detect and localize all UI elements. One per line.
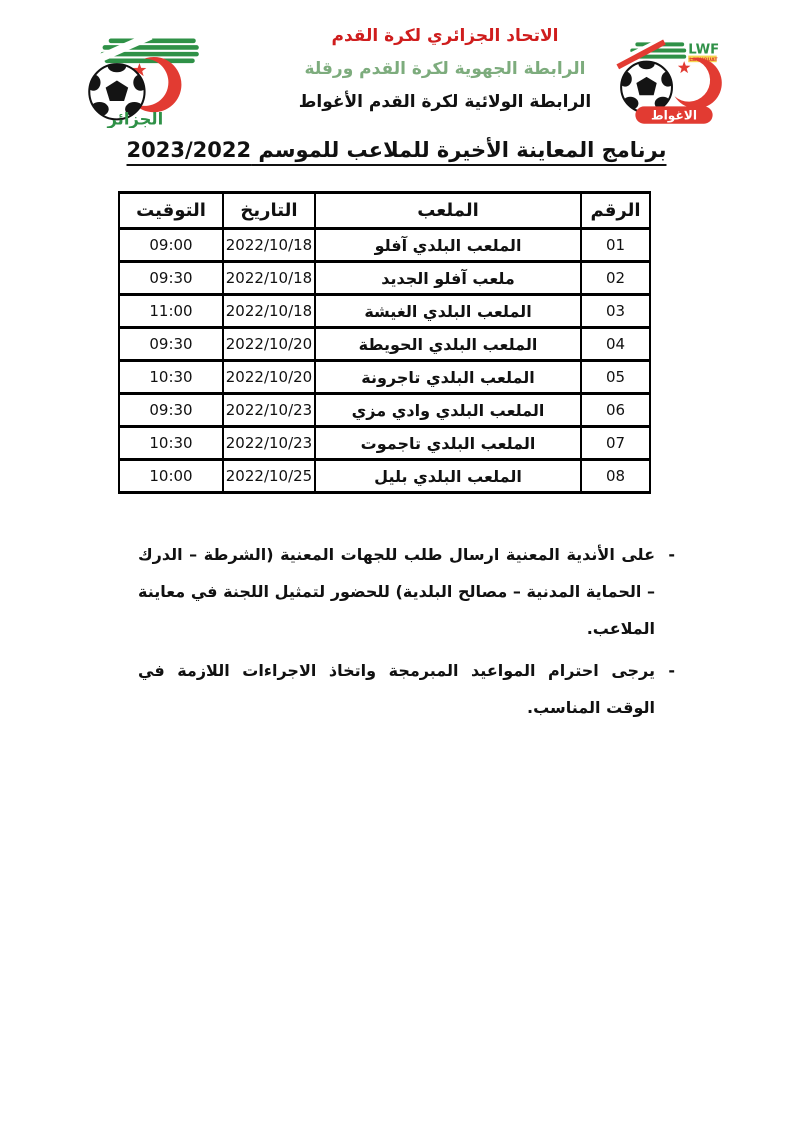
wilaya-league-line: الرابطة الولائية لكرة القدم الأغواط [228, 92, 662, 112]
stadium-cell: ملعب آفلو الجديد [315, 262, 581, 295]
date-cell: 2022/10/18 [223, 229, 315, 262]
date-cell: 2022/10/23 [223, 427, 315, 460]
time-cell: 09:30 [119, 262, 223, 295]
note-text: يرجى احترام المواعيد المبرمجة واتخاذ الا… [138, 652, 655, 726]
stadium-cell: الملعب البلدي الحويطة [315, 328, 581, 361]
stadium-cell: الملعب البلدي الغيشة [315, 295, 581, 328]
row-number-cell: 07 [581, 427, 650, 460]
table-row: 06 الملعب البلدي وادي مزي 2022/10/23 09:… [119, 394, 650, 427]
date-cell: 2022/10/18 [223, 295, 315, 328]
faf-algeria-logo: الجزائر [78, 33, 206, 128]
time-cell: 09:30 [119, 328, 223, 361]
note-item: - يرجى احترام المواعيد المبرمجة واتخاذ ا… [138, 652, 675, 726]
row-number-cell: 01 [581, 229, 650, 262]
time-cell: 10:30 [119, 361, 223, 394]
stadium-cell: الملعب البلدي وادي مزي [315, 394, 581, 427]
lwf-logo-graphic: LWF LAGHOUAT الاغواط [613, 36, 735, 126]
header-date: التاريخ [223, 193, 315, 229]
lwf-acronym: LWF [688, 43, 719, 58]
document-page: الجزائر الاتحاد الجزائري لكرة القدم الرا… [0, 0, 793, 1122]
row-number-cell: 02 [581, 262, 650, 295]
time-cell: 11:00 [119, 295, 223, 328]
stadium-cell: الملعب البلدي تاجموت [315, 427, 581, 460]
inspection-table-wrap: الرقم الملعب التاريخ التوقيت 01 الملعب ا… [118, 191, 649, 494]
lwf-soccer-ball [619, 58, 675, 112]
table-row: 04 الملعب البلدي الحويطة 2022/10/20 09:3… [119, 328, 650, 361]
row-number-cell: 05 [581, 361, 650, 394]
date-cell: 2022/10/23 [223, 394, 315, 427]
time-cell: 10:30 [119, 427, 223, 460]
header-stadium: الملعب [315, 193, 581, 229]
page-title: برنامج المعاينة الأخيرة للملاعب للموسم 2… [0, 138, 793, 162]
table-row: 07 الملعب البلدي تاجموت 2022/10/23 10:30 [119, 427, 650, 460]
faf-logo-graphic: الجزائر [78, 33, 206, 128]
federation-line: الاتحاد الجزائري لكرة القدم [228, 26, 662, 46]
table-row: 05 الملعب البلدي تاجرونة 2022/10/20 10:3… [119, 361, 650, 394]
regional-league-line: الرابطة الجهوية لكرة القدم ورقلة [228, 59, 662, 79]
note-dash: - [655, 536, 675, 647]
date-cell: 2022/10/20 [223, 361, 315, 394]
row-number-cell: 06 [581, 394, 650, 427]
row-number-cell: 08 [581, 460, 650, 493]
date-cell: 2022/10/25 [223, 460, 315, 493]
header-number: الرقم [581, 193, 650, 229]
lwf-laghouat-logo: LWF LAGHOUAT الاغواط [613, 36, 735, 126]
note-dash: - [655, 652, 675, 726]
lwf-name-badge: الاغواط [635, 106, 712, 123]
organisation-header: الاتحاد الجزائري لكرة القدم الرابطة الجه… [228, 26, 662, 125]
inspection-table: الرقم الملعب التاريخ التوقيت 01 الملعب ا… [118, 191, 651, 494]
row-number-cell: 03 [581, 295, 650, 328]
row-number-cell: 04 [581, 328, 650, 361]
table-header-row: الرقم الملعب التاريخ التوقيت [119, 193, 650, 229]
time-cell: 09:00 [119, 229, 223, 262]
date-cell: 2022/10/20 [223, 328, 315, 361]
stadium-cell: الملعب البلدي آفلو [315, 229, 581, 262]
time-cell: 09:30 [119, 394, 223, 427]
date-cell: 2022/10/18 [223, 262, 315, 295]
lwf-caption: الاغواط [651, 109, 697, 123]
faf-caption: الجزائر [106, 110, 163, 128]
stadium-cell: الملعب البلدي تاجرونة [315, 361, 581, 394]
note-text: على الأندية المعنية ارسال طلب للجهات الم… [138, 536, 655, 647]
table-row: 03 الملعب البلدي الغيشة 2022/10/18 11:00 [119, 295, 650, 328]
time-cell: 10:00 [119, 460, 223, 493]
notes-list: - على الأندية المعنية ارسال طلب للجهات ا… [138, 536, 675, 731]
inspection-table-body: 01 الملعب البلدي آفلو 2022/10/18 09:00 0… [119, 229, 650, 493]
header-time: التوقيت [119, 193, 223, 229]
table-row: 01 الملعب البلدي آفلو 2022/10/18 09:00 [119, 229, 650, 262]
table-row: 02 ملعب آفلو الجديد 2022/10/18 09:30 [119, 262, 650, 295]
table-row: 08 الملعب البلدي بليل 2022/10/25 10:00 [119, 460, 650, 493]
stadium-cell: الملعب البلدي بليل [315, 460, 581, 493]
note-item: - على الأندية المعنية ارسال طلب للجهات ا… [138, 536, 675, 647]
